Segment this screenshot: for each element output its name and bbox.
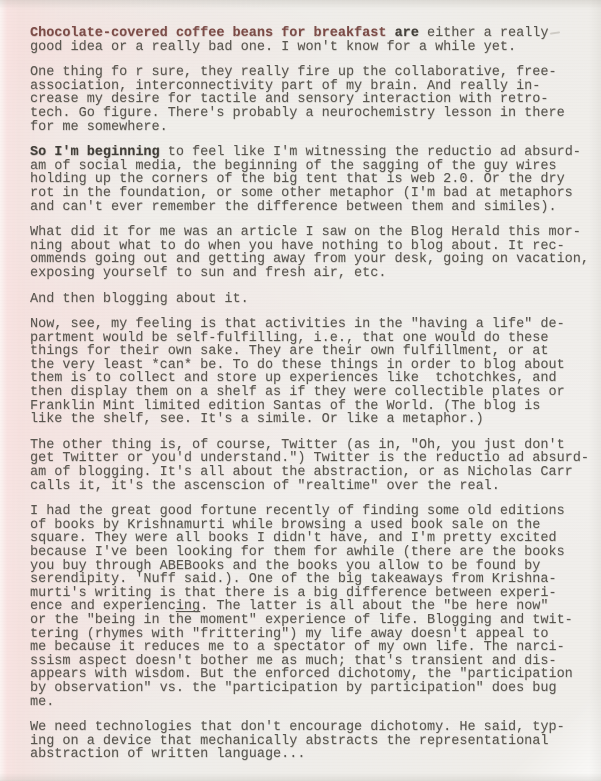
text-segment: Now, see, my feeling is that activities … [30, 317, 565, 427]
paragraph: We need technologies that don't encourag… [30, 721, 593, 762]
text-segment: I had the great good fortune recently of… [30, 504, 565, 614]
text-segment: We need technologies that don't encourag… [30, 720, 565, 762]
paragraph: What did it for me was an article I saw … [30, 226, 593, 280]
paragraph: Chocolate-covered coffee beans for break… [30, 27, 593, 54]
text-segment: One thing fo r sure, they really fire up… [30, 65, 565, 134]
page-text: Chocolate-covered coffee beans for break… [30, 27, 593, 774]
paragraph: Now, see, my feeling is that activities … [30, 318, 593, 427]
paragraph: And then blogging about it. [30, 293, 593, 307]
text-segment: And then blogging about it. [30, 292, 249, 307]
text-segment: What did it for me was an article I saw … [30, 225, 589, 281]
paragraph: One thing fo r sure, they really fire up… [30, 66, 593, 134]
paragraph: I had the great good fortune recently of… [30, 505, 593, 709]
typewritten-page: Chocolate-covered coffee beans for break… [0, 0, 601, 781]
paragraph: The other thing is, of course, Twitter (… [30, 439, 593, 493]
text-segment: The other thing is, of course, Twitter (… [30, 438, 589, 494]
paragraph: So I'm beginning to feel like I'm witnes… [30, 146, 593, 214]
text-segment: . The latter is all about the "be here n… [30, 599, 573, 709]
